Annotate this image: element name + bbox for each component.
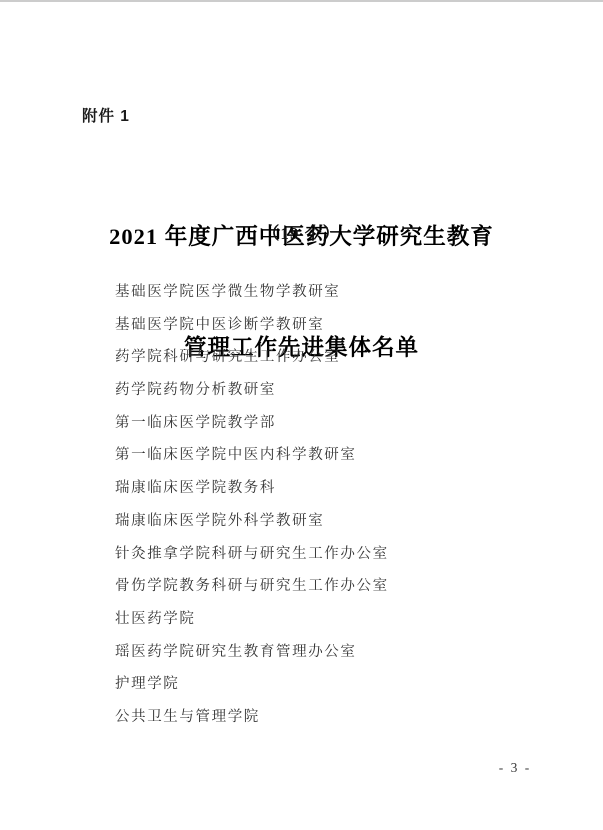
list-item: 药学院科研与研究生工作办公室 bbox=[115, 341, 389, 374]
list-item: 护理学院 bbox=[115, 668, 389, 701]
page-number: - 3 - bbox=[470, 760, 560, 776]
list-item: 瑶医药学院研究生教育管理办公室 bbox=[115, 636, 389, 669]
list-item: 基础医学院医学微生物学教研室 bbox=[115, 276, 389, 309]
list-item: 基础医学院中医诊断学教研室 bbox=[115, 309, 389, 342]
list-item: 针灸推拿学院科研与研究生工作办公室 bbox=[115, 538, 389, 571]
collective-list: 基础医学院医学微生物学教研室基础医学院中医诊断学教研室药学院科研与研究生工作办公… bbox=[115, 276, 389, 734]
list-item: 瑞康临床医学院教务科 bbox=[115, 472, 389, 505]
list-item: 瑞康临床医学院外科学教研室 bbox=[115, 505, 389, 538]
list-item: 第一临床医学院教学部 bbox=[115, 407, 389, 440]
list-item: 药学院药物分析教研室 bbox=[115, 374, 389, 407]
document-page: 附件 1 2021 年度广西中医药大学研究生教育 管理工作先进集体名单 （19 … bbox=[0, 0, 603, 830]
count-note: （19 个） bbox=[0, 219, 603, 244]
list-item: 壮医药学院 bbox=[115, 603, 389, 636]
scan-edge-line bbox=[0, 0, 603, 2]
attachment-label: 附件 1 bbox=[82, 104, 130, 126]
list-item: 公共卫生与管理学院 bbox=[115, 701, 389, 734]
list-item: 骨伤学院教务科研与研究生工作办公室 bbox=[115, 570, 389, 603]
list-item: 第一临床医学院中医内科学教研室 bbox=[115, 439, 389, 472]
